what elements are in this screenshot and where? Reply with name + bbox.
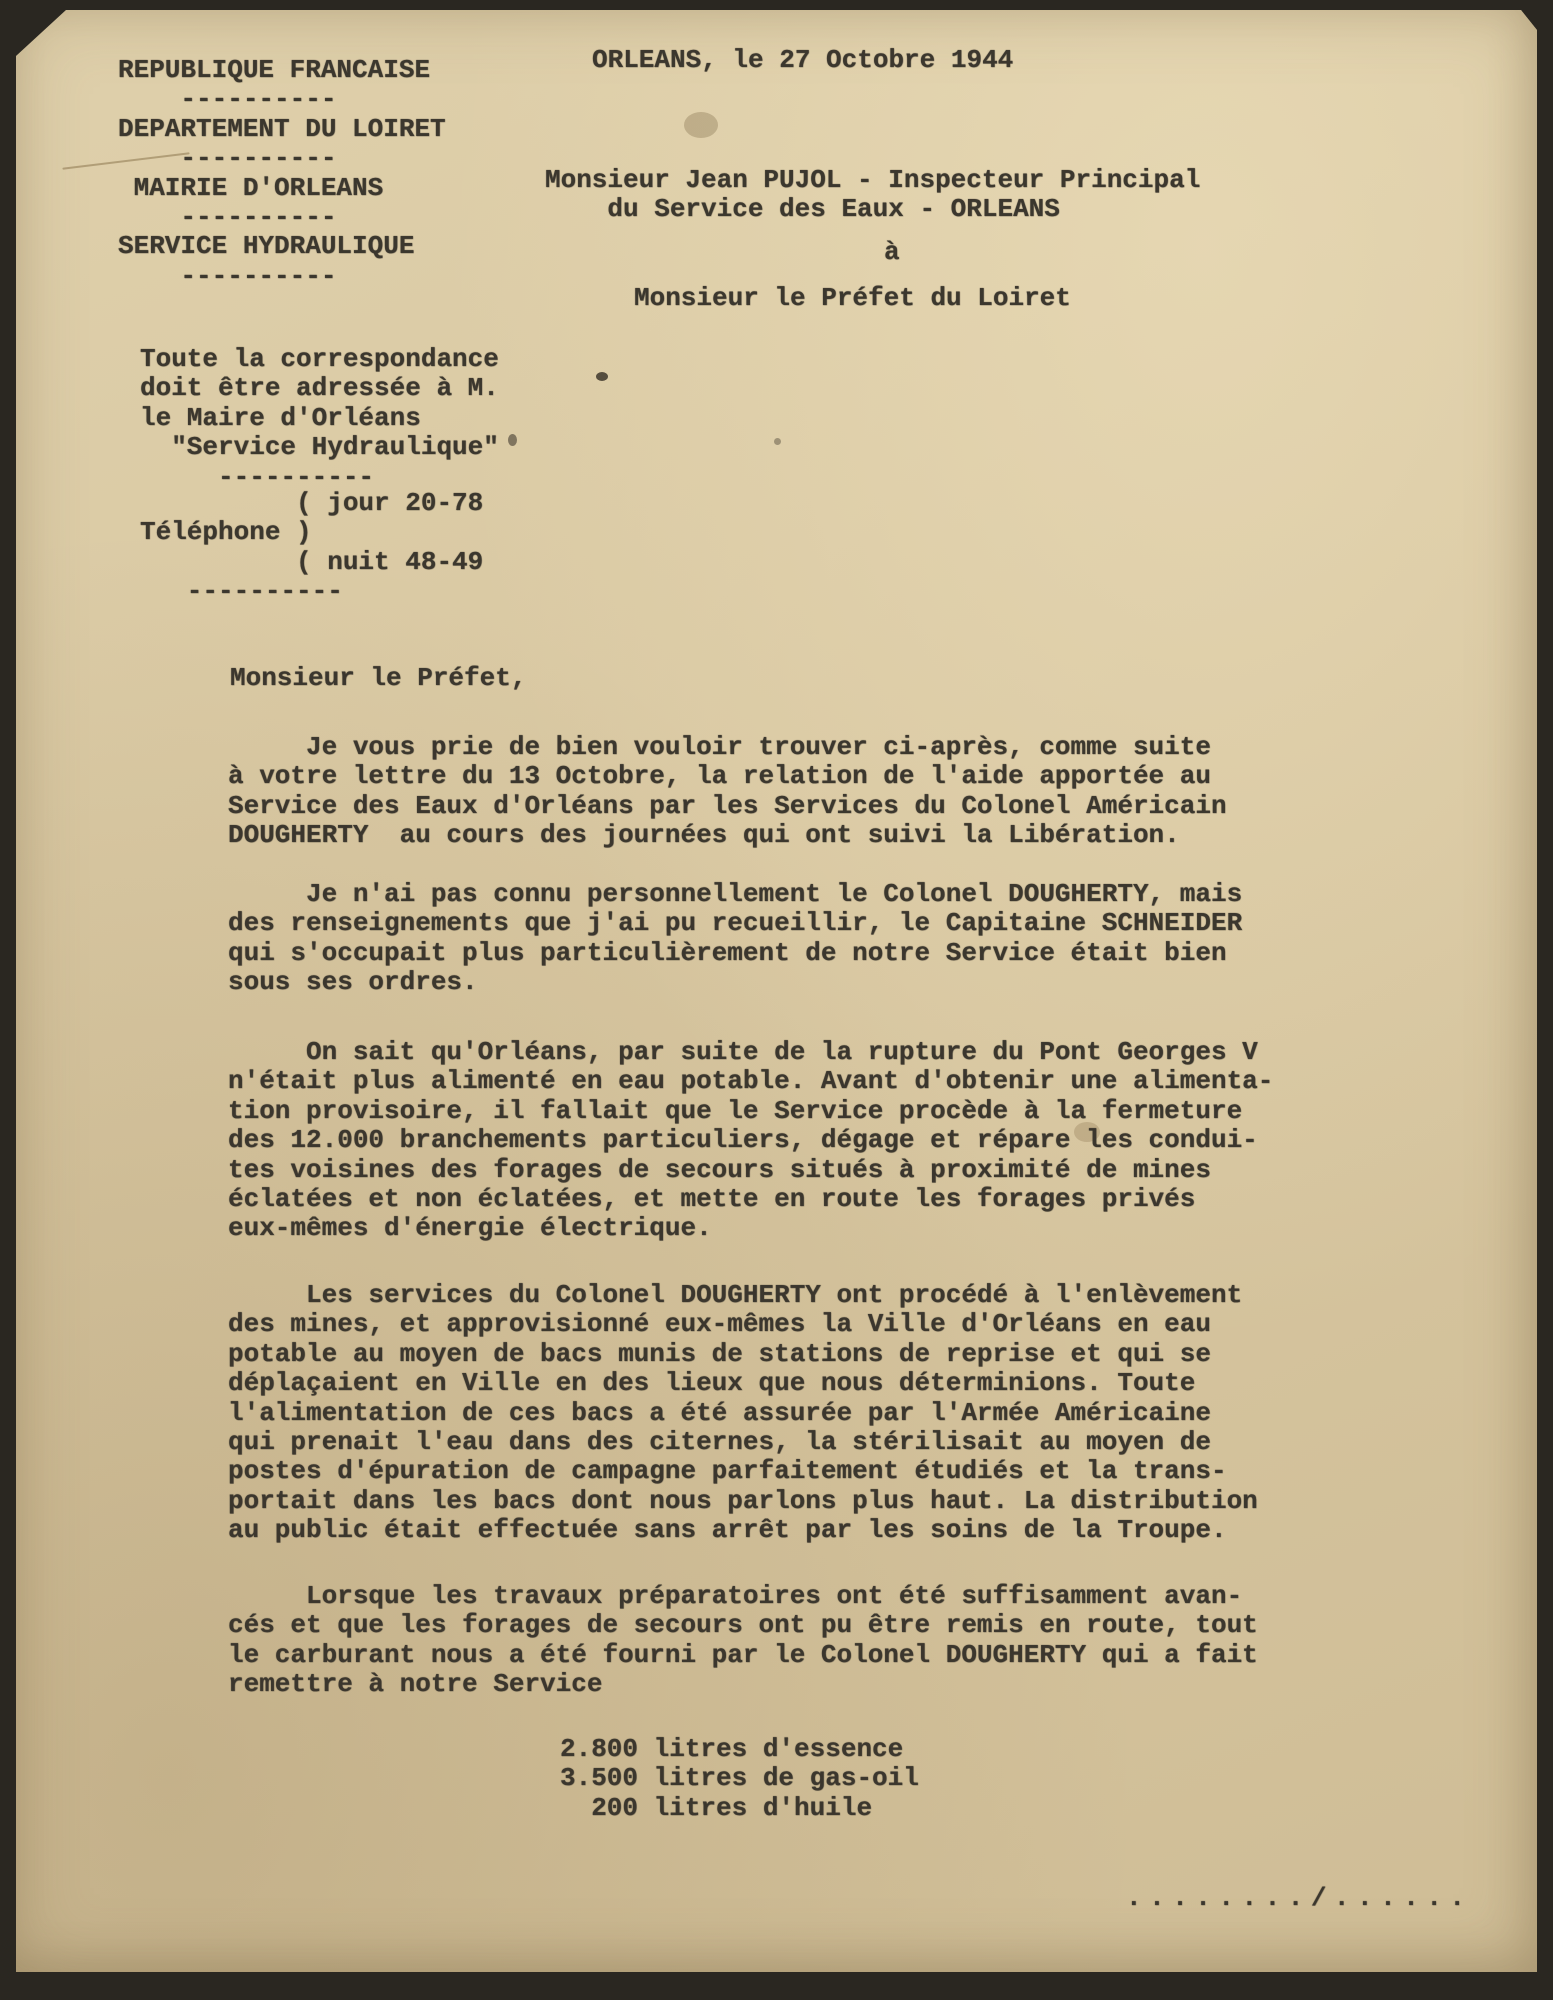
- scanned-letter: REPUBLIQUE FRANCAISE ---------- DEPARTEM…: [0, 0, 1553, 2000]
- telephone-block: ( jour 20-78 Téléphone ) ( nuit 48-49 --…: [140, 489, 483, 607]
- paragraph-3: On sait qu'Orléans, par suite de la rupt…: [228, 1038, 1273, 1244]
- correspondence-note: Toute la correspondance doit être adress…: [140, 345, 499, 492]
- paper-stain: [774, 438, 781, 445]
- paper-stain: [596, 372, 608, 381]
- supplies-list: 2.800 litres d'essence 3.500 litres de g…: [560, 1735, 919, 1823]
- salutation: Monsieur le Préfet,: [230, 664, 526, 693]
- paper-stain: [684, 112, 718, 138]
- paragraph-1: Je vous prie de bien vouloir trouver ci-…: [228, 733, 1227, 851]
- recipient-connector: à: [884, 238, 900, 267]
- continuation-dots: ......../......: [1126, 1884, 1473, 1913]
- recipient-block: Monsieur Jean PUJOL - Inspecteur Princip…: [545, 166, 1200, 225]
- recipient-prefet: Monsieur le Préfet du Loiret: [634, 284, 1071, 313]
- dateline: ORLEANS, le 27 Octobre 1944: [592, 46, 1013, 75]
- paragraph-2: Je n'ai pas connu personnellement le Col…: [228, 880, 1242, 998]
- letterhead: REPUBLIQUE FRANCAISE ---------- DEPARTEM…: [118, 56, 446, 291]
- paper-stain: [508, 434, 517, 446]
- paragraph-4: Les services du Colonel DOUGHERTY ont pr…: [228, 1281, 1258, 1546]
- paragraph-5: Lorsque les travaux préparatoires ont ét…: [228, 1582, 1258, 1700]
